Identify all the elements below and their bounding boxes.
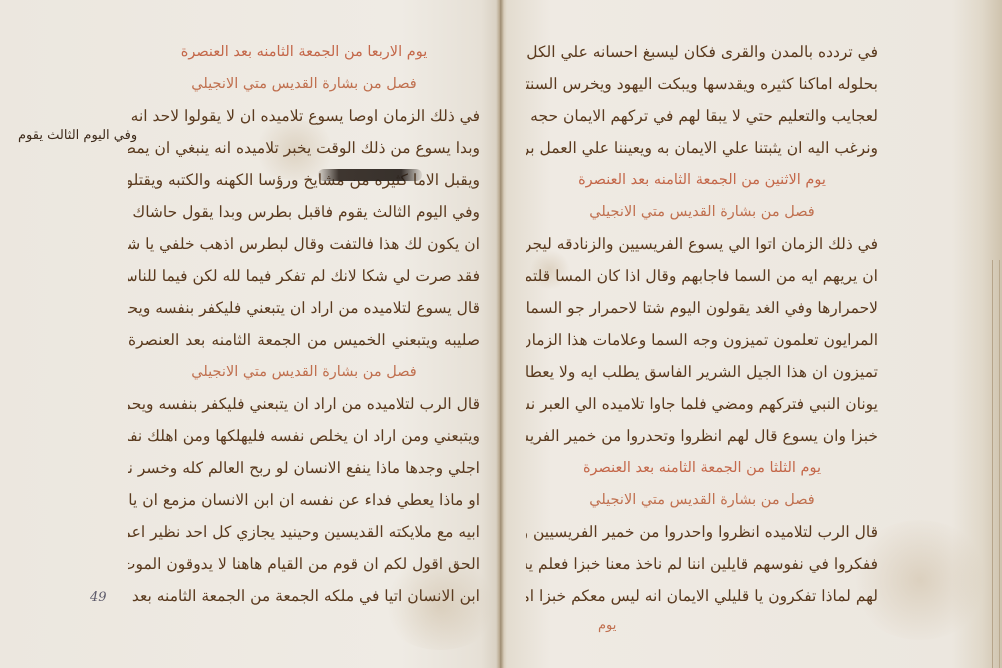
text-line: في تردده بالمدن والقرى فكان ليسبغ احسانه… (526, 36, 878, 68)
left-text-block: يوم الاربعا من الجمعة الثامنه بعد العنصر… (128, 36, 480, 612)
text-line: او ماذا يعطي فداء عن نفسه ان ابن الانسان… (128, 484, 480, 516)
text-line: وفي اليوم الثالث يقوم فاقبل بطرس وبدا يق… (128, 196, 480, 228)
rubric-heading: فصل من بشارة القديس متي الانجيلي (526, 196, 878, 228)
manuscript-spread: وفي اليوم الثالث يقوم يوم الاربعا من الج… (0, 0, 1002, 668)
page-edge (992, 260, 1000, 668)
rubric-heading: يوم الثلثا من الجمعة الثامنه بعد العنصرة (526, 452, 878, 484)
text-line: ابيه مع ملايكته القديسين وحينيد يجازي كل… (128, 516, 480, 548)
text-line: قال الرب لتلاميده من اراد ان يتبعني فليك… (128, 388, 480, 420)
text-line: لعجايب والتعليم حتي لا يبقا لهم في تركهم… (526, 100, 878, 132)
text-line: لاحمرارها وفي الغد يقولون اليوم شتا لاحم… (526, 292, 878, 324)
text-line: في ذلك الزمان اتوا الي يسوع الفريسيين وا… (526, 228, 878, 260)
rubric-heading: يوم الاثنين من الجمعة الثامنه بعد العنصر… (526, 164, 878, 196)
text-line: اجلي وجدها ماذا ينفع الانسان لو ربح العا… (128, 452, 480, 484)
text-line: وبدا يسوع من ذلك الوقت يخبر تلاميده انه … (128, 132, 480, 164)
text-line: في ذلك الزمان اوصا يسوع تلاميده ان لا يق… (128, 100, 480, 132)
text-line: صليبه ويتبعني الخميس من الجمعة الثامنه ب… (128, 324, 480, 356)
catchword: يوم (598, 618, 616, 633)
margin-note: وفي اليوم الثالث يقوم (18, 128, 137, 143)
text-line: خبزا وان يسوع قال لهم انظروا وتحدروا من … (526, 420, 878, 452)
text-line: فقد صرت لي شكا لانك لم تفكر فيما لله لكن… (128, 260, 480, 292)
text-line: يونان النبي فتركهم ومضي فلما جاوا تلاميد… (526, 388, 878, 420)
text-line: ويقبل الاما كثيره من مشايخ ورؤسا الكهنه … (128, 164, 480, 196)
text-line: ففكروا في نفوسهم قايلين اننا لم ناخذ معن… (526, 548, 878, 580)
text-line: قال الرب لتلاميده انظروا واحدروا من خمير… (526, 516, 878, 548)
text-line: لهم لماذا تفكرون يا قليلي الايمان انه لي… (526, 580, 878, 612)
text-line: الحق اقول لكم ان قوم من القيام هاهنا لا … (128, 548, 480, 580)
folio-number: 49 (90, 590, 107, 605)
rubric-heading: يوم الاربعا من الجمعة الثامنه بعد العنصر… (128, 36, 480, 68)
text-line: بحلوله اماكنا كثيره ويقدسها ويبكت اليهود… (526, 68, 878, 100)
text-line: تميزون ان هذا الجيل الشرير الفاسق يطلب ا… (526, 356, 878, 388)
text-line: ونرغب اليه ان يثبتنا علي الايمان به ويعي… (526, 132, 878, 164)
text-line: ويتبعني ومن اراد ان يخلص نفسه فليهلكها و… (128, 420, 480, 452)
ink-blot (318, 169, 422, 181)
text-line: ان يكون لك هذا فالتفت وقال لبطرس اذهب خل… (128, 228, 480, 260)
rubric-heading: فصل من بشارة القديس متي الانجيلي (128, 356, 480, 388)
left-page: وفي اليوم الثالث يقوم يوم الاربعا من الج… (0, 0, 497, 668)
text-line: قال يسوع لتلاميده من اراد ان يتبعني فليك… (128, 292, 480, 324)
right-text-block: في تردده بالمدن والقرى فكان ليسبغ احسانه… (526, 36, 878, 612)
text-line: ابن الانسان اتيا في ملكه الجمعة من الجمع… (128, 580, 480, 612)
right-page: في تردده بالمدن والقرى فكان ليسبغ احسانه… (503, 0, 1002, 668)
rubric-heading: فصل من بشارة القديس متي الانجيلي (526, 484, 878, 516)
text-line: المرايون تعلمون تميزون وجه السما وعلامات… (526, 324, 878, 356)
rubric-heading: فصل من بشارة القديس متي الانجيلي (128, 68, 480, 100)
text-line: ان يريهم ايه من السما فاجابهم وقال اذا ك… (526, 260, 878, 292)
